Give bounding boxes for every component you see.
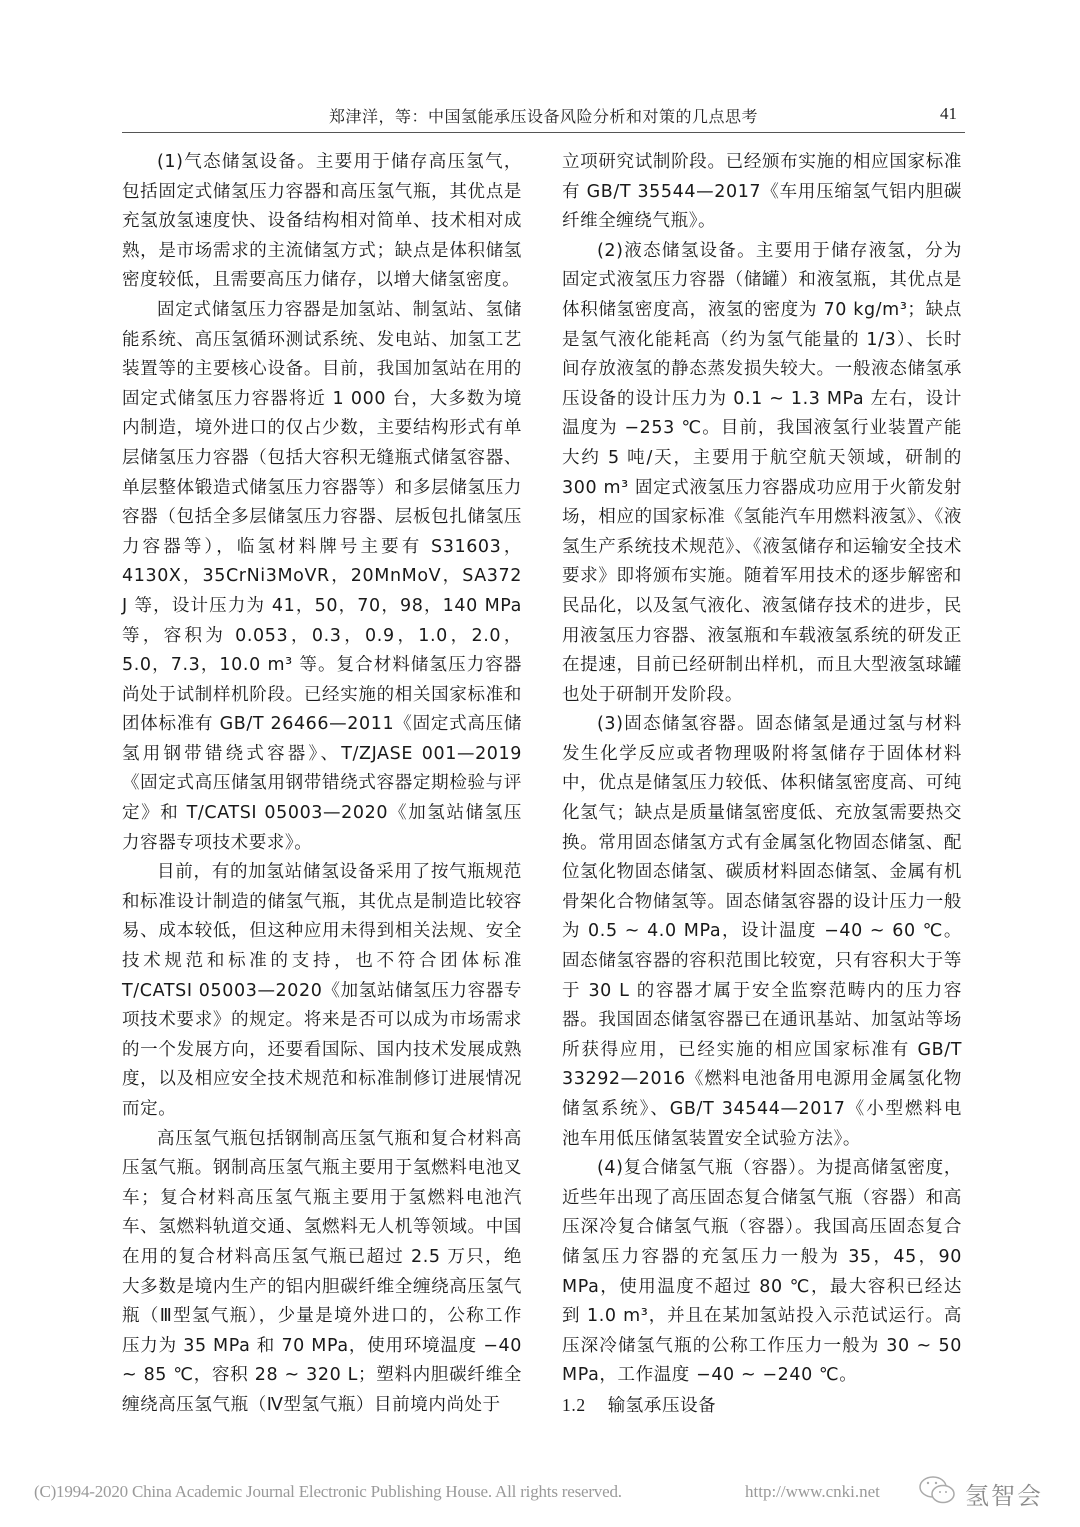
section-number: 1.2 xyxy=(562,1395,586,1415)
page-number: 41 xyxy=(940,104,957,124)
paragraph-gaseous-storage: (1)气态储氢设备。主要用于储存高压氢气，包括固定式储氢压力容器和高压氢气瓶，其… xyxy=(122,148,522,296)
paragraph-stationary-vessels: 固定式储氢压力容器是加氢站、制氢站、氢储能系统、高压氢循环测试系统、发电站、加氢… xyxy=(122,296,522,858)
left-column: (1)气态储氢设备。主要用于储存高压氢气，包括固定式储氢压力容器和高压氢气瓶，其… xyxy=(122,148,522,1421)
footer: (C)1994-2020 China Academic Journal Elec… xyxy=(0,1478,1080,1518)
paragraph-continuation: 立项研究试制阶段。已经颁布实施的相应国家标准有 GB/T 35544—2017《… xyxy=(562,148,962,237)
paragraph-liquid-storage: (2)液态储氢设备。主要用于储存液氢，分为固定式液氢压力容器（储罐）和液氢瓶，其… xyxy=(562,237,962,711)
section-title: 输氢承压设备 xyxy=(608,1396,717,1416)
paragraph-high-pressure-cylinders: 高压氢气瓶包括钢制高压氢气瓶和复合材料高压氢气瓶。钢制高压氢气瓶主要用于氢燃料电… xyxy=(122,1125,522,1421)
running-title: 郑津洋，等：中国氢能承压设备风险分析和对策的几点思考 xyxy=(122,104,965,127)
right-column: 立项研究试制阶段。已经颁布实施的相应国家标准有 GB/T 35544—2017《… xyxy=(562,148,962,1422)
paragraph-composite-cylinders: (4)复合储氢气瓶（容器）。为提高储氢密度，近些年出现了高压固态复合储氢气瓶（容… xyxy=(562,1154,962,1391)
watermark-brand: 氢智会 xyxy=(965,1476,1043,1511)
wechat-icon xyxy=(918,1474,958,1508)
paragraph-solid-storage: (3)固态储氢容器。固态储氢是通过氢与材料发生化学反应或者物理吸附将氢储存于固体… xyxy=(562,710,962,1154)
cnki-link[interactable]: http://www.cnki.net xyxy=(745,1482,880,1502)
running-header: 郑津洋，等：中国氢能承压设备风险分析和对策的几点思考 41 xyxy=(122,100,965,133)
paragraph-cylinder-storage: 目前，有的加氢站储氢设备采用了按气瓶规范和标准设计制造的储氢气瓶，其优点是制造比… xyxy=(122,858,522,1124)
section-heading: 1.2输氢承压设备 xyxy=(562,1391,962,1422)
copyright-notice: (C)1994-2020 China Academic Journal Elec… xyxy=(34,1482,622,1502)
